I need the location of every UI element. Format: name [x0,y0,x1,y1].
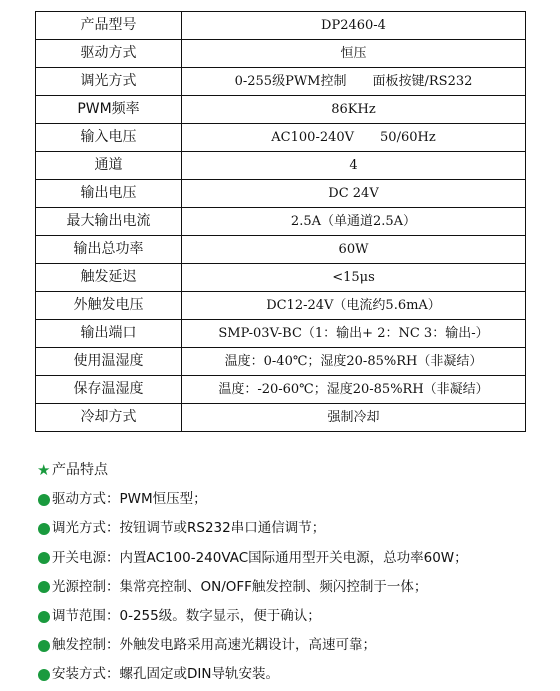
features-title: 产品特点 [52,456,108,485]
feature-item: 开关电源：内置AC100-240VAC国际通用型开关电源，总功率60W； [37,544,468,573]
spec-row: 输入电压AC100-240V 50/60Hz [36,124,526,152]
spec-table: 产品型号DP2460-4驱动方式恒压调光方式0-255级PWM控制 面板按键/R… [35,11,526,432]
feature-text: 开关电源：内置AC100-240VAC国际通用型开关电源，总功率60W； [52,544,468,573]
spec-row: 输出端口SMP-03V-BC（1：输出+ 2：NC 3：输出-） [36,320,526,348]
spec-row: 输出总功率60W [36,236,526,264]
spec-value: DC12-24V（电流约5.6mA） [182,292,526,320]
green-dot-icon [38,552,50,564]
feature-text: 调节范围：0-255级。数字显示，便于确认； [52,602,321,631]
feature-item: 安装方式：螺孔固定或DIN导轨安装。 [37,660,468,689]
feature-text: 光源控制：集常亮控制、ON/OFF触发控制、频闪控制于一体； [52,573,427,602]
spec-label: 输入电压 [36,124,182,152]
feature-text: 驱动方式：PWM恒压型； [52,485,207,514]
spec-row: 输出电压DC 24V [36,180,526,208]
star-icon: ★ [37,456,52,485]
feature-item: 驱动方式：PWM恒压型； [37,485,468,514]
green-dot-icon [38,640,50,652]
spec-label: 输出端口 [36,320,182,348]
spec-label: 输出电压 [36,180,182,208]
spec-label: 通道 [36,152,182,180]
spec-row: 通道4 [36,152,526,180]
spec-value: 60W [182,236,526,264]
spec-value: 强制冷却 [182,404,526,432]
spec-row: PWM频率86KHz [36,96,526,124]
spec-value: <15μs [182,264,526,292]
green-dot-icon [38,494,50,506]
green-dot-icon [38,669,50,681]
spec-row: 外触发电压DC12-24V（电流约5.6mA） [36,292,526,320]
features-list: 驱动方式：PWM恒压型；调光方式：按钮调节或RS232串口通信调节；开关电源：内… [37,485,468,689]
spec-value: DC 24V [182,180,526,208]
feature-text: 安装方式：螺孔固定或DIN导轨安装。 [52,660,279,689]
spec-label: 驱动方式 [36,40,182,68]
spec-label: 冷却方式 [36,404,182,432]
green-dot-icon [38,581,50,593]
green-dot-icon [38,611,50,623]
spec-label: 外触发电压 [36,292,182,320]
spec-label: 最大输出电流 [36,208,182,236]
feature-item: 调光方式：按钮调节或RS232串口通信调节； [37,514,468,543]
spec-row: 保存温湿度温度：-20-60℃；湿度20-85%RH（非凝结） [36,376,526,404]
spec-table-body: 产品型号DP2460-4驱动方式恒压调光方式0-255级PWM控制 面板按键/R… [36,12,526,432]
feature-item: 触发控制：外触发电路采用高速光耦设计，高速可靠； [37,631,468,660]
feature-item: 光源控制：集常亮控制、ON/OFF触发控制、频闪控制于一体； [37,573,468,602]
spec-value: 86KHz [182,96,526,124]
feature-text: 调光方式：按钮调节或RS232串口通信调节； [52,514,325,543]
spec-label: 产品型号 [36,12,182,40]
features-section: ★ 产品特点 驱动方式：PWM恒压型；调光方式：按钮调节或RS232串口通信调节… [37,456,468,690]
spec-value: 4 [182,152,526,180]
spec-value: 恒压 [182,40,526,68]
spec-row: 冷却方式强制冷却 [36,404,526,432]
spec-row: 触发延迟<15μs [36,264,526,292]
spec-value: 温度：-20-60℃；湿度20-85%RH（非凝结） [182,376,526,404]
features-title-row: ★ 产品特点 [37,456,468,485]
spec-label: PWM频率 [36,96,182,124]
green-dot-icon [38,523,50,535]
spec-label: 调光方式 [36,68,182,96]
spec-value: SMP-03V-BC（1：输出+ 2：NC 3：输出-） [182,320,526,348]
spec-label: 使用温湿度 [36,348,182,376]
spec-label: 输出总功率 [36,236,182,264]
spec-row: 产品型号DP2460-4 [36,12,526,40]
spec-value: 2.5A（单通道2.5A） [182,208,526,236]
spec-value: 0-255级PWM控制 面板按键/RS232 [182,68,526,96]
spec-value: 温度：0-40℃；湿度20-85%RH（非凝结） [182,348,526,376]
spec-value: DP2460-4 [182,12,526,40]
spec-row: 使用温湿度温度：0-40℃；湿度20-85%RH（非凝结） [36,348,526,376]
feature-item: 调节范围：0-255级。数字显示，便于确认； [37,602,468,631]
spec-row: 驱动方式恒压 [36,40,526,68]
spec-row: 调光方式0-255级PWM控制 面板按键/RS232 [36,68,526,96]
spec-value: AC100-240V 50/60Hz [182,124,526,152]
feature-text: 触发控制：外触发电路采用高速光耦设计，高速可靠； [52,631,376,660]
spec-row: 最大输出电流2.5A（单通道2.5A） [36,208,526,236]
spec-label: 保存温湿度 [36,376,182,404]
spec-label: 触发延迟 [36,264,182,292]
